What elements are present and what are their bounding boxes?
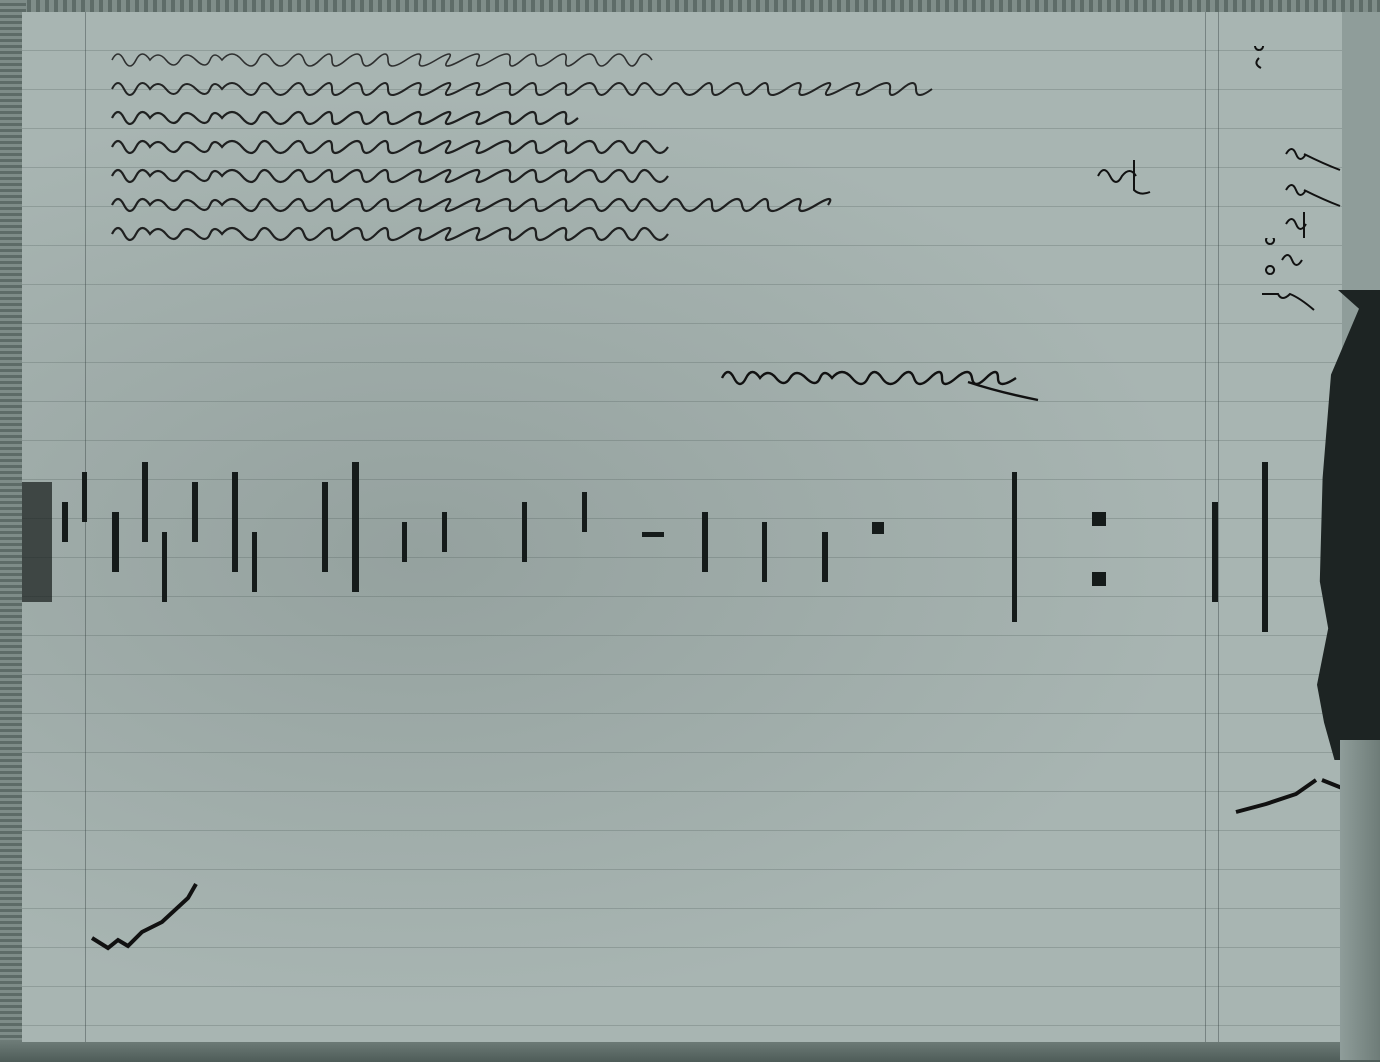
scan-border-top (0, 0, 1380, 12)
text-line-3: [Burmese handwriting, line 3] (108, 102, 1048, 131)
manuscript-scan: [Burmese handwriting, line 1] [Burmese h… (0, 0, 1380, 1062)
top-right-numeral: [Burmese numeral] (1250, 46, 1268, 77)
page-mark-bottom (992, 997, 1022, 1037)
main-text-block: [Burmese handwriting, line 1] [Burmese h… (108, 44, 1048, 247)
text-line-6: [Burmese handwriting, line 6] (108, 189, 1048, 218)
closing-date-line: [Burmese handwriting — closing / date li… (718, 348, 1058, 408)
text-line-5: [Burmese handwriting, line 5] (108, 160, 1048, 189)
text-line-2: [Burmese handwriting, line 2] (108, 73, 1048, 102)
right-column-mark-4: [mark] (1262, 238, 1342, 323)
text-line-4: [Burmese handwriting, line 4] (108, 131, 1048, 160)
ink-stain-right (1232, 772, 1352, 822)
right-column-mark-1: [mark] (1284, 142, 1344, 177)
margin-note: [Burmese handwriting, margin note] (1094, 152, 1154, 207)
ink-bleed-through-region: [ink bleed-through from reverse side, il… (22, 442, 1342, 642)
text-line-7: [Burmese handwriting, line 7] (108, 218, 1048, 247)
torn-right-edge (1340, 740, 1380, 1060)
manuscript-page: [Burmese handwriting, line 1] [Burmese h… (22, 12, 1342, 1042)
ink-stain-bottom-left (82, 882, 212, 962)
text-line-1: [Burmese handwriting, line 1] (108, 44, 1048, 73)
right-column-mark-2: [mark] (1284, 178, 1344, 213)
scan-border-bottom (0, 1040, 1380, 1062)
